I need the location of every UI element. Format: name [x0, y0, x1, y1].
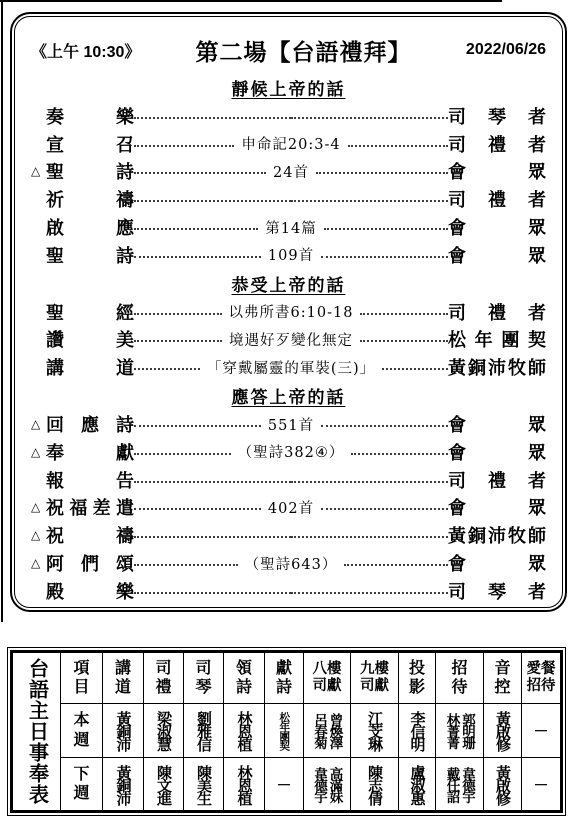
program-box: 《上午 10:30》 第二場【台語禮拜】 2022/06/26 靜候上帝的話 奏…: [10, 12, 567, 612]
program-item: 啟 應第14篇會 眾: [31, 213, 546, 241]
roster-col-header-ushers: 招待: [436, 652, 484, 704]
item-performer: 司 禮 者: [448, 467, 546, 493]
roster-row-label: 本週: [61, 704, 103, 758]
item-label: 祈 禱: [46, 186, 134, 212]
leader-dots: [291, 117, 448, 119]
leader-dots: [134, 145, 234, 147]
roster-col-header-projection: 投影: [399, 652, 436, 704]
leader-dots: [348, 145, 448, 147]
item-detail: 109首: [261, 244, 321, 265]
leader-dots: [134, 536, 291, 538]
item-performer: 司 琴 者: [448, 578, 546, 604]
leader-dots: [291, 592, 448, 594]
leader-dots: [134, 117, 291, 119]
item-detail: （聖詩382④）: [231, 441, 352, 462]
leader-dots: [324, 228, 448, 230]
roster-cell: 李信明: [399, 704, 436, 758]
leader-dots: [382, 368, 448, 370]
leader-dots: [351, 453, 448, 455]
program-item: 聖 詩109首會 眾: [31, 241, 546, 269]
stand-marker: △: [31, 500, 46, 514]
program-item: △聖 詩24首會 眾: [31, 158, 546, 186]
item-performer: 會 眾: [448, 214, 546, 240]
program-item: 聖 經以弗所書6:10-18司 禮 者: [31, 298, 546, 326]
scan-edge-top: [0, 0, 502, 2]
roster-cell: 黃啟修: [484, 758, 522, 812]
item-performer: 會 眾: [448, 411, 546, 437]
item-label: 殿 樂: [46, 578, 134, 604]
leader-dots: [134, 256, 261, 258]
roster-cell: 陳文進: [144, 758, 184, 812]
roster-col-header-anthem: 獻詩: [265, 652, 304, 704]
leader-dots: [134, 481, 291, 483]
item-detail: 申命記20:3-4: [234, 133, 347, 154]
roster-cell: 盧淑惠: [399, 758, 436, 812]
roster-cell: －: [522, 704, 562, 758]
roster-cell: 陳美生: [184, 758, 224, 812]
leader-dots: [360, 313, 448, 315]
leader-dots: [134, 200, 291, 202]
program-item: △祝 禱黃銅沛牧師: [31, 521, 546, 549]
roster-cell: －: [522, 758, 562, 812]
item-performer: 黃銅沛牧師: [448, 522, 546, 548]
leader-dots: [134, 172, 266, 174]
program-item: 讚 美境遇好歹變化無定松 年 團 契: [31, 326, 546, 354]
roster-col-header-liturgist: 司禮: [144, 652, 184, 704]
item-detail: 第14篇: [258, 217, 323, 238]
item-label: 啟 應: [46, 214, 134, 240]
roster-row-next-week: 下週 黃銅沛 陳文進 陳美生 林恩植 － 高滿妹韋德宇 陳志倩 盧淑惠 韋德宇戴…: [12, 758, 562, 812]
item-label: 聖 詩: [46, 242, 134, 268]
leader-dots: [291, 536, 448, 538]
roster-col-header-9f-offering: 九樓司獻: [351, 652, 399, 704]
leader-dots: [360, 340, 448, 342]
leader-dots: [134, 313, 222, 315]
roster-cell: 劉雅信: [184, 704, 224, 758]
roster-cell: 陳志倩: [351, 758, 399, 812]
roster-cell: 江芠琳: [351, 704, 399, 758]
program-box-inner: 《上午 10:30》 第二場【台語禮拜】 2022/06/26 靜候上帝的話 奏…: [14, 16, 563, 608]
item-performer: 司 禮 者: [448, 186, 546, 212]
roster-cell: 林恩植: [224, 704, 265, 758]
leader-dots: [134, 453, 231, 455]
item-detail: 以弗所書6:10-18: [222, 301, 361, 322]
stand-marker: △: [31, 445, 46, 459]
roster-cell: 松年團契: [265, 704, 304, 758]
roster-cell: 郭明珊林菁菁: [436, 704, 484, 758]
service-date: 2022/06/26: [446, 41, 546, 59]
item-performer: 司 禮 者: [448, 131, 546, 157]
leader-dots: [321, 256, 448, 258]
roster-col-header-sermon: 講道: [103, 652, 144, 704]
item-label: 祝 禱: [46, 522, 134, 548]
roster-cell: 黃啟修: [484, 704, 522, 758]
item-label: 回 應 詩: [46, 411, 134, 437]
program-item: △阿 們 頌（聖詩643）會 眾: [31, 549, 546, 577]
program-item: 殿 樂司 琴 者: [31, 577, 546, 605]
item-performer: 會 眾: [448, 158, 546, 184]
stand-marker: △: [31, 556, 46, 570]
stand-marker: △: [31, 164, 46, 178]
item-label: 奉 獻: [46, 439, 134, 465]
item-label: 奏 樂: [46, 103, 134, 129]
item-label: 祝福差遣: [46, 494, 134, 520]
scan-edge-left: [1, 0, 3, 622]
item-performer: 會 眾: [448, 242, 546, 268]
leader-dots: [321, 508, 448, 510]
item-detail: 551首: [261, 414, 321, 435]
section-heading-1: 靜候上帝的話: [31, 73, 546, 102]
program-item: 奏 樂司 琴 者: [31, 102, 546, 130]
leader-dots: [291, 481, 448, 483]
program-item: 報 告司 禮 者: [31, 466, 546, 494]
program-item: △祝福差遣402首會 眾: [31, 494, 546, 522]
item-performer: 會 眾: [448, 494, 546, 520]
item-performer: 黃銅沛牧師: [448, 354, 546, 380]
roster-col-header-item: 項目: [61, 652, 103, 704]
program-item: △奉 獻（聖詩382④）會 眾: [31, 438, 546, 466]
item-performer: 司 琴 者: [448, 103, 546, 129]
item-detail: 402首: [261, 497, 321, 518]
item-performer: 會 眾: [448, 439, 546, 465]
program-item: △回 應 詩551首會 眾: [31, 410, 546, 438]
section-heading-3: 應答上帝的話: [31, 381, 546, 410]
roster-cell: 林恩植: [224, 758, 265, 812]
item-performer: 松 年 團 契: [448, 326, 546, 352]
item-detail: （聖詩643）: [238, 553, 345, 574]
item-detail: 「穿戴屬靈的軍裝(三)」: [200, 357, 382, 378]
roster-col-header-audio: 音控: [484, 652, 522, 704]
roster-cell: 黃銅沛: [103, 758, 144, 812]
item-label: 阿 們 頌: [46, 550, 134, 576]
roster-table: 台語主日事奉表 項目 講道 司禮 司琴 領詩 獻詩 八樓司獻 九樓司獻 投影 招…: [10, 650, 563, 813]
item-performer: 會 眾: [448, 550, 546, 576]
program-header: 《上午 10:30》 第二場【台語禮拜】 2022/06/26: [31, 27, 546, 73]
page-title: 第二場【台語禮拜】: [161, 34, 446, 67]
roster-cell: 黃銅沛: [103, 704, 144, 758]
leader-dots: [316, 172, 448, 174]
roster-row-label: 下週: [61, 758, 103, 812]
roster-col-header-8f-offering: 八樓司獻: [304, 652, 351, 704]
roster-section: 台語主日事奉表 項目 講道 司禮 司琴 領詩 獻詩 八樓司獻 九樓司獻 投影 招…: [10, 650, 563, 813]
program-item: 宣 召申命記20:3-4司 禮 者: [31, 130, 546, 158]
roster-cell: 高滿妹韋德宇: [304, 758, 351, 812]
item-detail: 24首: [266, 161, 316, 182]
program-item: 祈 禱司 禮 者: [31, 185, 546, 213]
roster-cell: 梁淑慧: [144, 704, 184, 758]
roster-col-header-meal-ushers: 愛餐招待: [522, 652, 562, 704]
leader-dots: [134, 368, 200, 370]
service-time: 《上午 10:30》: [31, 39, 161, 62]
roster-title-cell: 台語主日事奉表: [12, 652, 61, 812]
item-label: 講 道: [46, 354, 134, 380]
item-label: 聖 詩: [46, 158, 134, 184]
roster-cell: 曾煥澤呂春菊: [304, 704, 351, 758]
item-performer: 司 禮 者: [448, 299, 546, 325]
section-heading-2: 恭受上帝的話: [31, 269, 546, 298]
roster-cell: －: [265, 758, 304, 812]
roster-col-header-pianist: 司琴: [184, 652, 224, 704]
program-item: 講 道「穿戴屬靈的軍裝(三)」黃銅沛牧師: [31, 353, 546, 381]
roster-row-this-week: 本週 黃銅沛 梁淑慧 劉雅信 林恩植 松年團契 曾煥澤呂春菊 江芠琳 李信明 郭…: [12, 704, 562, 758]
leader-dots: [134, 340, 222, 342]
leader-dots: [134, 228, 258, 230]
leader-dots: [134, 508, 261, 510]
leader-dots: [291, 200, 448, 202]
stand-marker: △: [31, 417, 46, 431]
leader-dots: [134, 425, 261, 427]
roster-cell: 韋德宇戴任詔: [436, 758, 484, 812]
leader-dots: [344, 564, 448, 566]
leader-dots: [134, 592, 291, 594]
item-label: 宣 召: [46, 131, 134, 157]
stand-marker: △: [31, 528, 46, 542]
item-detail: 境遇好歹變化無定: [222, 329, 360, 350]
item-label: 報 告: [46, 467, 134, 493]
item-label: 聖 經: [46, 299, 134, 325]
roster-col-header-song-leader: 領詩: [224, 652, 265, 704]
roster-title: 台語主日事奉表: [27, 658, 47, 805]
leader-dots: [321, 425, 448, 427]
item-label: 讚 美: [46, 326, 134, 352]
leader-dots: [134, 564, 238, 566]
